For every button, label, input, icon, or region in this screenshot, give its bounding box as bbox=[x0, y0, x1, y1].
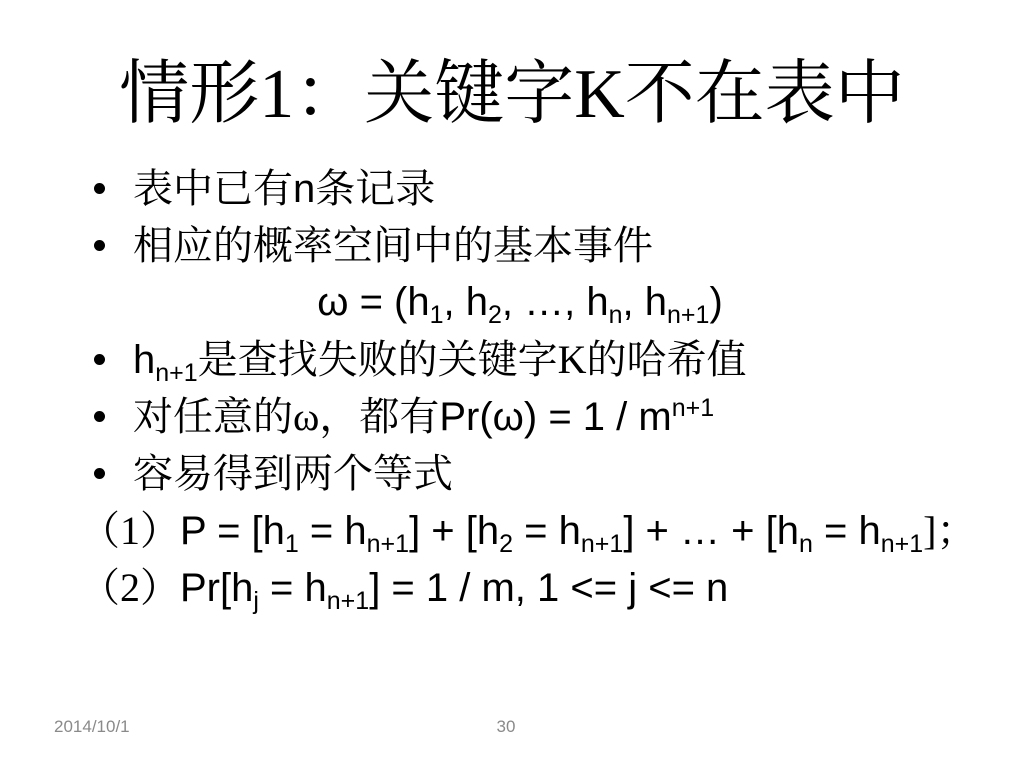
bullet-dot bbox=[94, 468, 105, 479]
footer-page-number: 30 bbox=[446, 717, 566, 737]
bullet-dot bbox=[94, 411, 105, 422]
line-text: 表中已有n条记录 bbox=[133, 167, 435, 211]
bullet-dot bbox=[94, 354, 105, 365]
line-text: 相应的概率空间中的基本事件 bbox=[133, 224, 653, 268]
line-text: （2）Pr[hj = hn+1] = 1 / m, 1 <= j <= n bbox=[80, 566, 728, 610]
slide-body: 表中已有n条记录 相应的概率空间中的基本事件 ω = (h1, h2, …, h… bbox=[80, 160, 960, 616]
bullet-line-probability-formula: 对任意的ω，都有Pr(ω) = 1 / mn+1 bbox=[80, 388, 960, 445]
footer-date: 2014/10/1 bbox=[54, 717, 130, 737]
bullet-line-records: 表中已有n条记录 bbox=[80, 160, 960, 217]
bullet-line-probability-space: 相应的概率空间中的基本事件 bbox=[80, 217, 960, 274]
bullet-line-hash-value: hn+1是查找失败的关键字K的哈希值 bbox=[80, 331, 960, 388]
presentation-slide: 情形1：关键字K不在表中 表中已有n条记录 相应的概率空间中的基本事件 ω = … bbox=[0, 0, 1024, 768]
equation-line-1: （1）P = [h1 = hn+1] + [h2 = hn+1] + … + [… bbox=[80, 502, 960, 559]
bullet-line-two-equations: 容易得到两个等式 bbox=[80, 445, 960, 502]
bullet-dot bbox=[94, 240, 105, 251]
slide-title: 情形1：关键字K不在表中 bbox=[0, 50, 1024, 140]
line-text: ω = (h1, h2, …, hn, hn+1) bbox=[317, 280, 723, 324]
line-text: 容易得到两个等式 bbox=[133, 452, 453, 496]
formula-omega-line: ω = (h1, h2, …, hn, hn+1) bbox=[80, 274, 960, 331]
line-text: 对任意的ω，都有Pr(ω) = 1 / mn+1 bbox=[133, 395, 714, 439]
line-text: （1）P = [h1 = hn+1] + [h2 = hn+1] + … + [… bbox=[80, 509, 976, 553]
line-text: hn+1是查找失败的关键字K的哈希值 bbox=[133, 338, 747, 382]
equation-line-2: （2）Pr[hj = hn+1] = 1 / m, 1 <= j <= n bbox=[80, 559, 960, 616]
bullet-dot bbox=[94, 183, 105, 194]
